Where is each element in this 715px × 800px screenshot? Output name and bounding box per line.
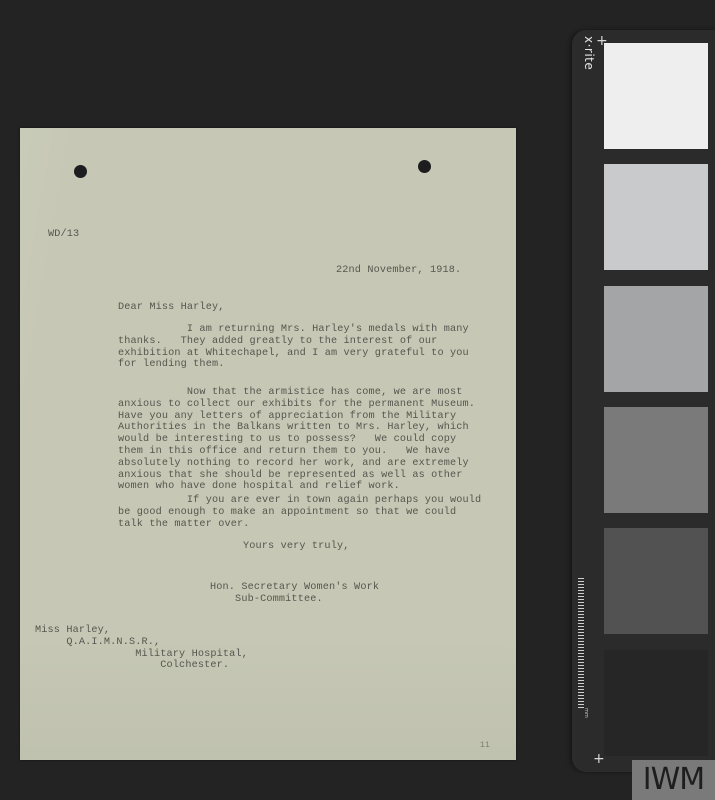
xrite-logo: x·rite: [576, 36, 596, 96]
punch-hole: [74, 165, 87, 178]
paragraph-3: If you are ever in town again perhaps yo…: [118, 495, 481, 530]
punch-hole: [418, 160, 431, 173]
mm-ruler: [578, 578, 590, 708]
salutation: Dear Miss Harley,: [118, 302, 224, 314]
letter-page: WD/13 22nd November, 1918. Dear Miss Har…: [20, 128, 516, 760]
iwm-watermark: IWM: [632, 760, 715, 800]
gray-patch: [604, 164, 708, 270]
gray-patch: [604, 528, 708, 634]
reference-number: WD/13: [48, 229, 79, 241]
gray-patch: [604, 286, 708, 392]
registration-cross-icon: +: [593, 752, 605, 766]
paragraph-1: I am returning Mrs. Harley's medals with…: [118, 324, 469, 371]
recipient-address: Miss Harley, Q.A.I.M.N.S.R., Military Ho…: [35, 625, 248, 672]
gray-patch: [604, 43, 708, 149]
gray-patch: [604, 407, 708, 513]
closing: Yours very truly,: [243, 541, 349, 553]
paragraph-2: Now that the armistice has come, we are …: [118, 387, 475, 493]
letter-date: 22nd November, 1918.: [336, 265, 461, 277]
page-mark: 11: [480, 740, 490, 752]
signature-block: Hon. Secretary Women's Work Sub-Committe…: [210, 582, 379, 606]
gray-patch: [604, 650, 708, 756]
ruler-unit-label: mm: [583, 708, 589, 718]
